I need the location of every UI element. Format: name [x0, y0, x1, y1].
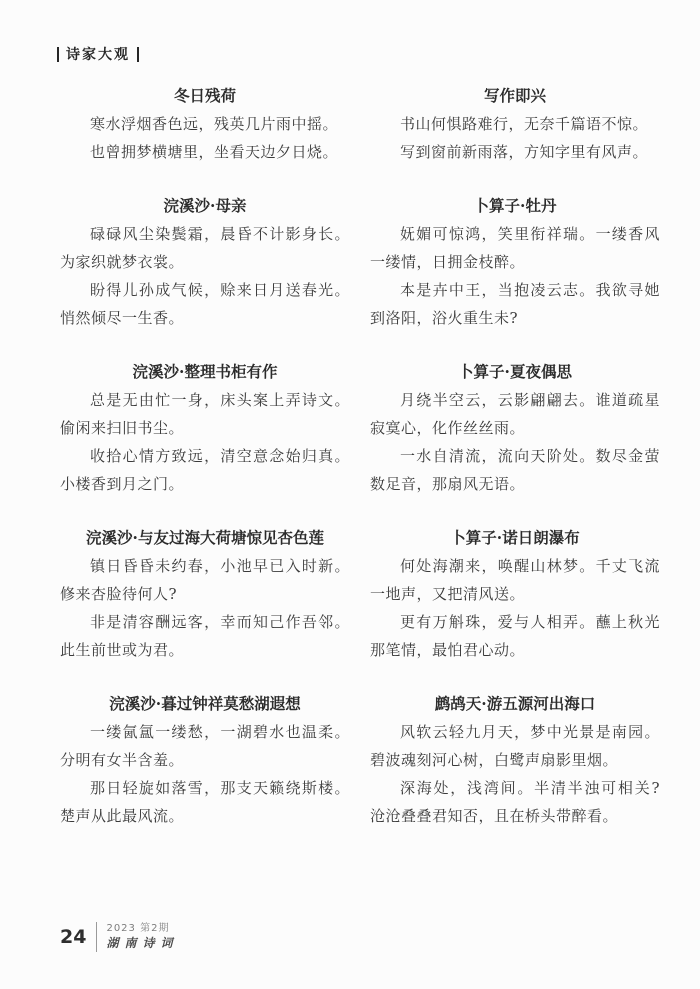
poem-title: 鹧鸪天·游五源河出海口: [370, 690, 660, 718]
poem-title: 写作即兴: [370, 82, 660, 110]
poem: 写作即兴 书山何惧路难行，无奈千篇语不惊。 写到窗前新雨落，方知字里有风声。: [370, 82, 660, 166]
poem-title: 卜算子·牡丹: [370, 192, 660, 220]
poem-paragraph: 盼得儿孙成气候，赊来日月送春光。悄然倾尽一生香。: [60, 276, 350, 332]
poem-paragraph: 月绕半空云，云影翩翩去。谁道疏星寂寞心，化作丝丝雨。: [370, 386, 660, 442]
footer-divider: [96, 922, 97, 952]
poem-paragraph: 风软云轻九月天，梦中光景是南园。碧波魂刻河心树，白鹭声扇影里烟。: [370, 718, 660, 774]
poem-paragraph: 书山何惧路难行，无奈千篇语不惊。: [370, 110, 660, 138]
poem-title: 浣溪沙·母亲: [60, 192, 350, 220]
poem-title: 卜算子·夏夜偶思: [370, 358, 660, 386]
poem-content: 冬日残荷 寒水浮烟香色远，残英几片雨中摇。 也曾拥梦横塘里，坐看天边夕日烧。 浣…: [60, 82, 660, 856]
poem: 卜算子·牡丹 妩媚可惊鸿，笑里衔祥瑞。一缕香风一缕情，日拥金枝醉。 本是卉中王，…: [370, 192, 660, 332]
poem: 浣溪沙·整理书柜有作 总是无由忙一身，床头案上弄诗文。偷闲来扫旧书尘。 收拾心情…: [60, 358, 350, 498]
section-header: 诗家大观: [57, 44, 139, 64]
page-number: 24: [60, 926, 86, 948]
poem-paragraph: 写到窗前新雨落，方知字里有风声。: [370, 138, 660, 166]
poem-title: 冬日残荷: [60, 82, 350, 110]
issue-info: 2023 第2期: [106, 923, 178, 936]
poem-paragraph: 也曾拥梦横塘里，坐看天边夕日烧。: [60, 138, 350, 166]
left-column: 冬日残荷 寒水浮烟香色远，残英几片雨中摇。 也曾拥梦横塘里，坐看天边夕日烧。 浣…: [60, 82, 350, 856]
poem-title: 浣溪沙·与友过海大荷塘惊见杏色莲: [60, 524, 350, 552]
poem-paragraph: 碌碌风尘染鬓霜，晨昏不计影身长。为家织就梦衣裳。: [60, 220, 350, 276]
poem: 冬日残荷 寒水浮烟香色远，残英几片雨中摇。 也曾拥梦横塘里，坐看天边夕日烧。: [60, 82, 350, 166]
magazine-page: 诗家大观 冬日残荷 寒水浮烟香色远，残英几片雨中摇。 也曾拥梦横塘里，坐看天边夕…: [0, 0, 700, 989]
header-right-bar-icon: [137, 47, 139, 62]
issue-block: 2023 第2期 湖南诗词: [106, 923, 178, 951]
poem-paragraph: 何处海潮来，唤醒山林梦。千丈飞流一地声，又把清风送。: [370, 552, 660, 608]
poem-paragraph: 非是清容酬远客，幸而知己作吾邻。此生前世或为君。: [60, 608, 350, 664]
poem-title: 浣溪沙·整理书柜有作: [60, 358, 350, 386]
poem-paragraph: 更有万斛珠，爱与人相弄。蘸上秋光那笔情，最怕君心动。: [370, 608, 660, 664]
poem-paragraph: 深海处，浅湾间。半清半浊可相关? 沧沧叠叠君知否，且在桥头带醉看。: [370, 774, 660, 830]
poem: 卜算子·诺日朗瀑布 何处海潮来，唤醒山林梦。千丈飞流一地声，又把清风送。 更有万…: [370, 524, 660, 664]
poem: 鹧鸪天·游五源河出海口 风软云轻九月天，梦中光景是南园。碧波魂刻河心树，白鹭声扇…: [370, 690, 660, 830]
poem-paragraph: 总是无由忙一身，床头案上弄诗文。偷闲来扫旧书尘。: [60, 386, 350, 442]
section-header-label: 诗家大观: [66, 44, 130, 64]
journal-logo: 湖南诗词: [106, 936, 178, 951]
poem-paragraph: 那日轻旋如落雪，那支天籁绕斯楼。楚声从此最风流。: [60, 774, 350, 830]
poem-paragraph: 寒水浮烟香色远，残英几片雨中摇。: [60, 110, 350, 138]
poem-paragraph: 收拾心情方致远，清空意念始归真。小楼香到月之门。: [60, 442, 350, 498]
poem-title: 卜算子·诺日朗瀑布: [370, 524, 660, 552]
poem-title: 浣溪沙·暮过钟祥莫愁湖遐想: [60, 690, 350, 718]
poem: 卜算子·夏夜偶思 月绕半空云，云影翩翩去。谁道疏星寂寞心，化作丝丝雨。 一水自清…: [370, 358, 660, 498]
page-footer: 24 2023 第2期 湖南诗词: [60, 922, 178, 952]
poem-paragraph: 妩媚可惊鸿，笑里衔祥瑞。一缕香风一缕情，日拥金枝醉。: [370, 220, 660, 276]
header-left-bar-icon: [57, 47, 59, 62]
poem-paragraph: 一缕氤氲一缕愁，一湖碧水也温柔。分明有女半含羞。: [60, 718, 350, 774]
poem: 浣溪沙·暮过钟祥莫愁湖遐想 一缕氤氲一缕愁，一湖碧水也温柔。分明有女半含羞。 那…: [60, 690, 350, 830]
poem-paragraph: 一水自清流，流向天阶处。数尽金萤数足音，那扇风无语。: [370, 442, 660, 498]
poem: 浣溪沙·与友过海大荷塘惊见杏色莲 镇日昏昏未约春，小池早已入时新。修来杏脸待何人…: [60, 524, 350, 664]
poem: 浣溪沙·母亲 碌碌风尘染鬓霜，晨昏不计影身长。为家织就梦衣裳。 盼得儿孙成气候，…: [60, 192, 350, 332]
right-column: 写作即兴 书山何惧路难行，无奈千篇语不惊。 写到窗前新雨落，方知字里有风声。 卜…: [370, 82, 660, 856]
poem-paragraph: 本是卉中王，当抱凌云志。我欲寻她到洛阳，浴火重生未?: [370, 276, 660, 332]
poem-paragraph: 镇日昏昏未约春，小池早已入时新。修来杏脸待何人?: [60, 552, 350, 608]
